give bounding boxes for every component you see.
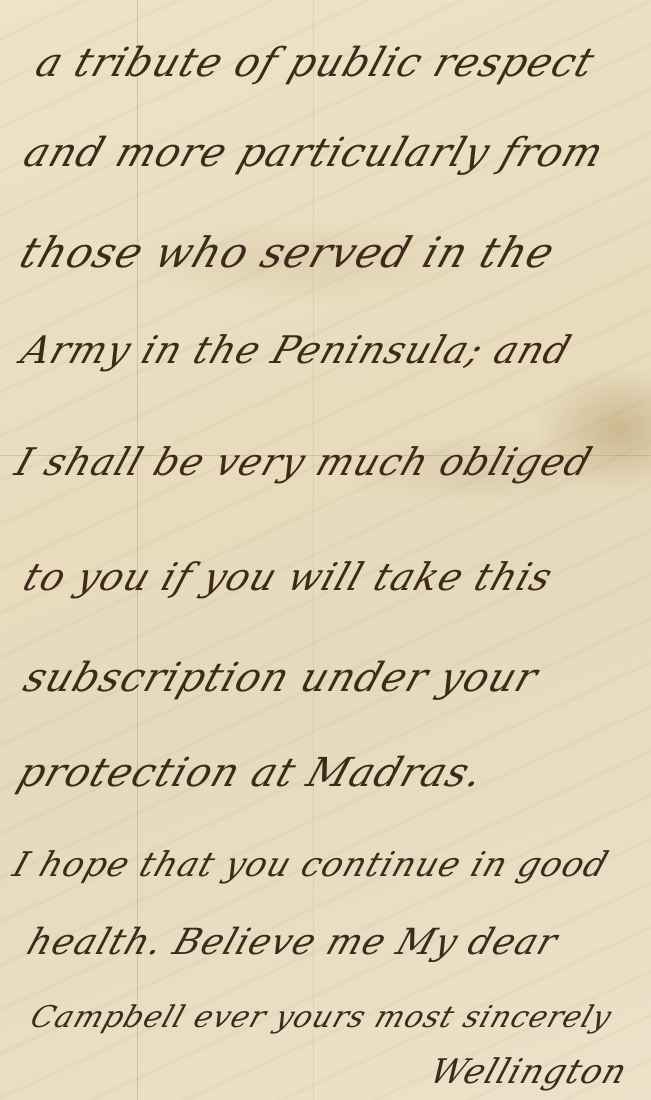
- letter-page: a tribute of public respect and more par…: [0, 0, 651, 1100]
- letter-line-1: a tribute of public respect: [30, 40, 601, 86]
- letter-line-3: those who served in the: [14, 228, 561, 277]
- letter-line-10: health. Believe me My dear: [22, 922, 563, 963]
- letter-line-5: I shall be very much obliged: [10, 440, 598, 484]
- letter-line-11: Campbell ever yours most sincerely: [26, 1000, 616, 1035]
- letter-line-7: subscription under your: [18, 655, 544, 701]
- letter-line-9: I hope that you continue in good: [8, 845, 614, 885]
- letter-line-2: and more particularly from: [18, 130, 610, 176]
- letter-line-4: Army in the Peninsula; and: [16, 328, 577, 372]
- signature: Wellington: [425, 1052, 633, 1092]
- letter-line-6: to you if you will take this: [18, 555, 559, 599]
- letter-line-8: protection at Madras.: [12, 750, 490, 796]
